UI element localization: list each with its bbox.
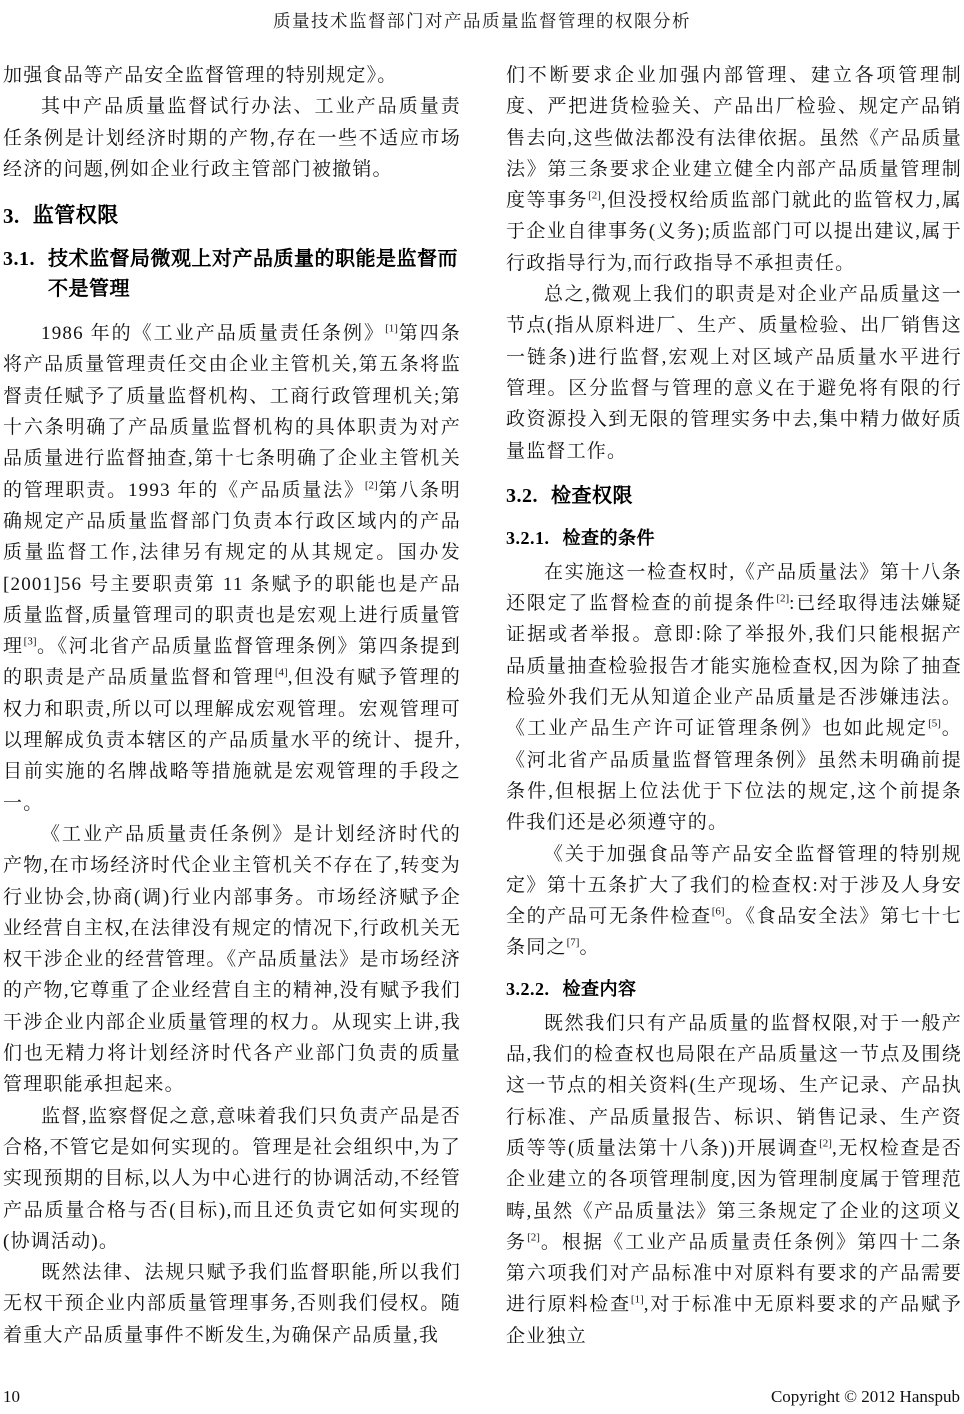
heading-text: 技术监督局微观上对产品质量的职能是监督而不是管理	[48, 244, 461, 304]
citation-ref: [1]	[385, 323, 398, 335]
paragraph: 在实施这一检查权时,《产品质量法》第十八条还限定了监督检查的前提条件[2]:已经…	[506, 557, 962, 839]
section-heading: 3.1.技术监督局微观上对产品质量的职能是监督而不是管理	[3, 244, 461, 304]
citation-ref: [3]	[24, 636, 37, 648]
citation-ref: [5]	[928, 718, 941, 730]
section-heading: 3.2.检查权限	[506, 481, 962, 511]
paragraph: 1986 年的《工业产品质量责任条例》[1]第四条将产品质量管理责任交由企业主管…	[3, 318, 461, 819]
heading-text: 检查权限	[551, 481, 962, 511]
page-footer: 10 Copyright © 2012 Hanspub	[3, 1387, 960, 1407]
paragraph: 《关于加强食品等产品安全监督管理的特别规定》第十五条扩大了我们的检查权:对于涉及…	[506, 839, 962, 964]
paragraph: 加强食品等产品安全监督管理的特别规定》。	[3, 60, 461, 91]
heading-number: 3.2.2.	[506, 976, 550, 1002]
left-column: 加强食品等产品安全监督管理的特别规定》。其中产品质量监督试行办法、工业产品质量责…	[3, 60, 461, 1351]
paper-title: 质量技术监督部门对产品质量监督管理的权限分析	[273, 11, 691, 31]
page-number: 10	[3, 1387, 20, 1407]
citation-ref: [6]	[712, 906, 725, 918]
right-column: 们不断要求企业加强内部管理、建立各项管理制度、严把进货检验关、产品出厂检验、规定…	[506, 60, 962, 1352]
citation-ref: [2]	[527, 1231, 540, 1243]
citation-ref: [2]	[819, 1138, 832, 1150]
heading-text: 检查的条件	[563, 525, 963, 551]
heading-number: 3.1.	[3, 244, 35, 304]
document-page: 质量技术监督部门对产品质量监督管理的权限分析 加强食品等产品安全监督管理的特别规…	[0, 0, 964, 1414]
section-heading: 3.监管权限	[3, 202, 461, 230]
citation-ref: [2]	[776, 593, 789, 605]
section-heading: 3.2.2.检查内容	[506, 976, 962, 1002]
paragraph: 们不断要求企业加强内部管理、建立各项管理制度、严把进货检验关、产品出厂检验、规定…	[506, 60, 962, 279]
heading-number: 3.2.1.	[506, 525, 550, 551]
citation-ref: [2]	[588, 190, 601, 202]
paragraph: 既然法律、法规只赋予我们监督职能,所以我们无权干预企业内部质量管理事务,否则我们…	[3, 1257, 461, 1351]
heading-number: 3.2.	[506, 481, 538, 511]
heading-text: 监管权限	[33, 202, 461, 230]
citation-ref: [1]	[631, 1294, 644, 1306]
paragraph: 《工业产品质量责任条例》是计划经济时代的产物,在市场经济时代企业主管机关不存在了…	[3, 819, 461, 1101]
section-heading: 3.2.1.检查的条件	[506, 525, 962, 551]
heading-number: 3.	[3, 202, 20, 230]
heading-text: 检查内容	[563, 976, 963, 1002]
paragraph: 既然我们只有产品质量的监督权限,对于一般产品,我们的检查权也局限在产品质量这一节…	[506, 1008, 962, 1352]
page-header: 质量技术监督部门对产品质量监督管理的权限分析	[0, 8, 964, 33]
citation-ref: [4]	[275, 667, 288, 679]
paragraph: 总之,微观上我们的职责是对企业产品质量这一节点(指从原料进厂、生产、质量检验、出…	[506, 279, 962, 467]
paragraph: 其中产品质量监督试行办法、工业产品质量责任条例是计划经济时期的产物,存在一些不适…	[3, 91, 461, 185]
paragraph: 监督,监察督促之意,意味着我们只负责产品是否合格,不管它是如何实现的。管理是社会…	[3, 1101, 461, 1257]
citation-ref: [7]	[567, 937, 580, 949]
citation-ref: [2]	[365, 479, 378, 491]
copyright-text: Copyright © 2012 Hanspub	[771, 1387, 960, 1407]
